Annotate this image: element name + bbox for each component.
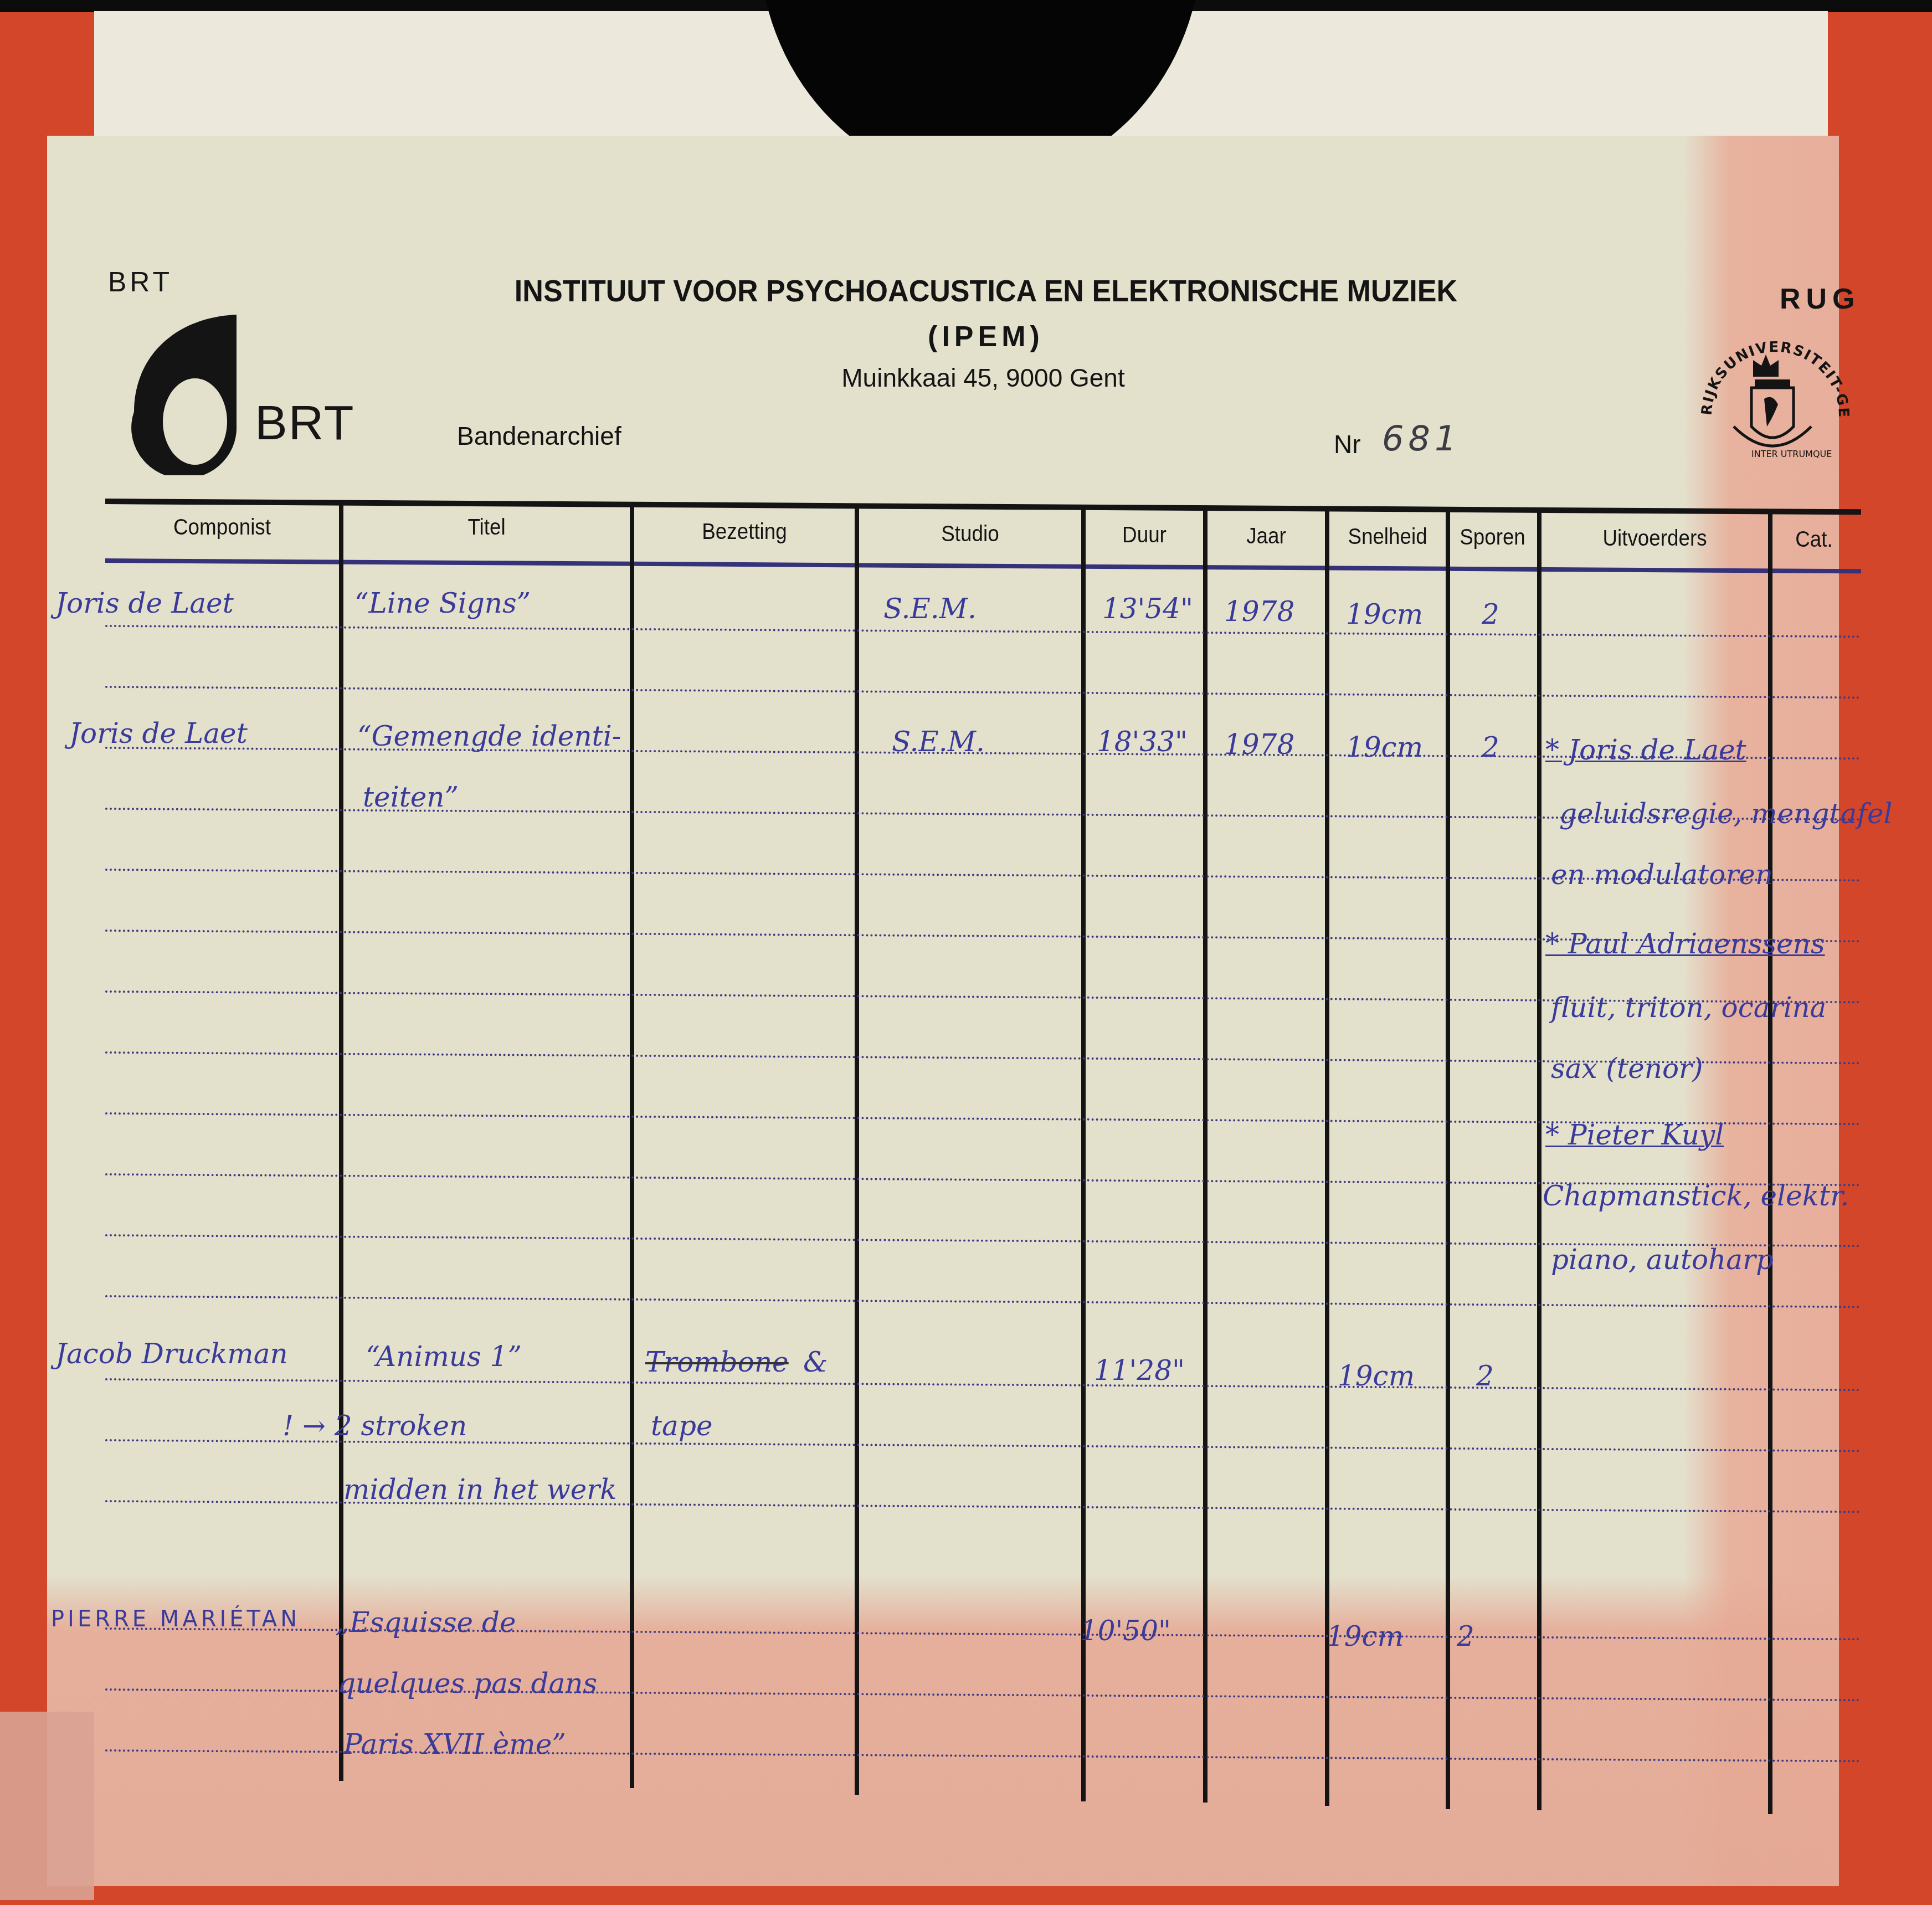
- row4-componist: PIERRE MARIÉTAN: [51, 1606, 300, 1632]
- column-divider: [855, 504, 859, 1795]
- row2-performer-1-role-cont: en modulatoren: [1551, 859, 1773, 891]
- row2-performer-3: * Pieter Kuyl: [1545, 1119, 1724, 1151]
- row4-titel-line1: „Esquisse de: [335, 1606, 516, 1639]
- row4-duur: 10'50": [1080, 1615, 1171, 1647]
- row2-performer-2-role-cont: sax (tenor): [1551, 1052, 1703, 1085]
- column-header-cat: Cat.: [1776, 527, 1852, 552]
- row3-titel: “Animus 1”: [366, 1341, 522, 1373]
- seal-motto: INTER UTRUMQUE: [1751, 449, 1832, 459]
- brt-logo-text: BRT: [255, 394, 354, 451]
- row2-performer-1-role: geluidsregie, mengtafel: [1559, 798, 1893, 830]
- university-seal-icon: RIJKSUNIVERSITEIT-GENT INTER UTRUMQUE: [1689, 332, 1856, 482]
- number-value: 681: [1382, 418, 1461, 459]
- column-header-duur: Duur: [1090, 523, 1198, 548]
- column-header-studio: Studio: [868, 522, 1072, 547]
- row2-componist: Joris de Laet: [69, 717, 248, 749]
- archive-label: Bandenarchief: [457, 421, 621, 451]
- column-header-uitvoerders: Uitvoerders: [1550, 526, 1759, 551]
- row2-titel-line2: teiten”: [363, 781, 459, 813]
- row2-titel-line1: “Gemengde identi-: [357, 720, 621, 752]
- row2-performer-3-role-cont: piano, autoharp: [1551, 1244, 1774, 1276]
- row1-titel: “Line Signs”: [354, 587, 531, 619]
- row4-snelheid: 19cm: [1327, 1620, 1404, 1652]
- institute-address: Muinkkaai 45, 9000 Gent: [762, 363, 1205, 393]
- column-divider: [1446, 507, 1450, 1809]
- row3-snelheid: 19cm: [1338, 1360, 1415, 1392]
- row2-sporen: 2: [1482, 731, 1499, 763]
- brt-logo-icon: [129, 315, 239, 475]
- row2-studio: S.E.M.: [892, 726, 985, 758]
- row2-performer-3-role: Chapmanstick, elektr.: [1543, 1180, 1849, 1212]
- row4-titel-line3: Paris XVII ème”: [343, 1728, 566, 1760]
- row3-sporen: 2: [1476, 1360, 1494, 1392]
- row1-snelheid: 19cm: [1346, 598, 1423, 630]
- row2-performer-2-role: fluit, triton, ocarina: [1551, 992, 1826, 1024]
- column-divider: [339, 501, 343, 1781]
- row1-duur: 13'54": [1102, 593, 1193, 625]
- brt-label: BRT: [108, 266, 173, 298]
- row2-duur: 18'33": [1097, 726, 1188, 758]
- column-header-componist: Componist: [115, 515, 330, 540]
- column-divider: [1203, 506, 1207, 1803]
- row1-sporen: 2: [1482, 598, 1499, 630]
- row2-jaar: 1978: [1224, 728, 1294, 761]
- row3-note-line1: ! → 2 stroken: [282, 1410, 467, 1442]
- row3-componist: Jacob Druckman: [55, 1338, 288, 1370]
- row3-bezetting-amp: &: [803, 1346, 828, 1378]
- column-divider: [1325, 507, 1329, 1806]
- institute-title: INSTITUUT VOOR PSYCHOACUSTICA EN ELEKTRO…: [430, 273, 1543, 309]
- column-header-bezetting: Bezetting: [643, 520, 846, 545]
- column-divider: [1537, 509, 1542, 1810]
- column-divider: [630, 503, 634, 1788]
- row4-titel-line2: quelques pas dans: [338, 1667, 597, 1699]
- row1-componist: Joris de Laet: [55, 587, 234, 619]
- row3-duur: 11'28": [1094, 1354, 1185, 1387]
- rug-label: RUG: [1780, 283, 1861, 316]
- column-header-snelheid: Snelheid: [1334, 525, 1441, 550]
- discoloration-bottom: [47, 1576, 1839, 1886]
- number-label: Nr: [1334, 429, 1361, 459]
- row2-snelheid: 19cm: [1346, 731, 1423, 763]
- column-header-jaar: Jaar: [1212, 524, 1320, 549]
- row1-jaar: 1978: [1224, 595, 1294, 628]
- column-header-sporen: Sporen: [1451, 525, 1533, 550]
- row1-studio: S.E.M.: [883, 593, 977, 625]
- row4-sporen: 2: [1457, 1620, 1474, 1652]
- row3-bezetting-tape: tape: [651, 1410, 713, 1442]
- row3-bezetting-struck: Trombone: [645, 1346, 789, 1378]
- row2-performer-1: * Joris de Laet: [1545, 734, 1746, 766]
- adhesive-tape-piece: [0, 1712, 94, 1900]
- institute-acronym: (IPEM): [820, 320, 1152, 353]
- row3-note-line2: midden in het werk: [343, 1473, 617, 1506]
- column-divider: [1768, 510, 1772, 1814]
- column-divider: [1081, 505, 1086, 1801]
- row2-performer-2: * Paul Adriaenssens: [1545, 928, 1825, 960]
- column-header-titel: Titel: [355, 515, 619, 540]
